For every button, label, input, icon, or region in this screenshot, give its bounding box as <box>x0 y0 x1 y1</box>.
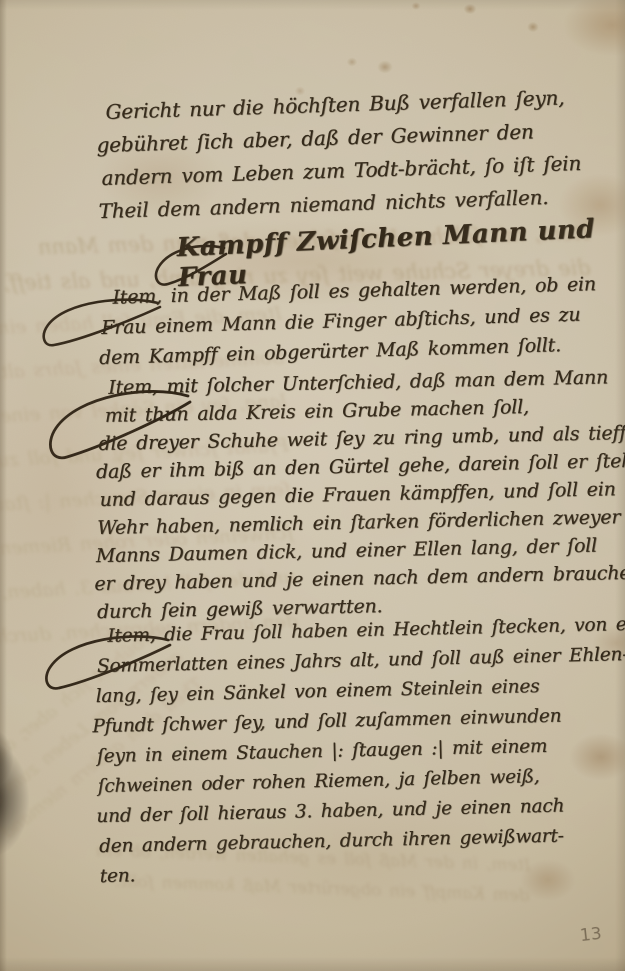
page-number: 13 <box>579 924 603 946</box>
paragraph-item-2: Item, mit ſolcher Unterſchied, daß man d… <box>0 363 625 628</box>
paragraph-continuation: Gericht nur die höchſten Buß verfallen ſ… <box>0 80 625 232</box>
paragraph-item-3: Item, die Frau ſoll haben ein Hechtlein … <box>0 610 625 894</box>
manuscript-page: Item, mit ſolcher Unterſchied, daß man d… <box>0 0 625 971</box>
paragraph-item-1: Item, in der Maß ſoll es gehalten werden… <box>0 268 625 375</box>
